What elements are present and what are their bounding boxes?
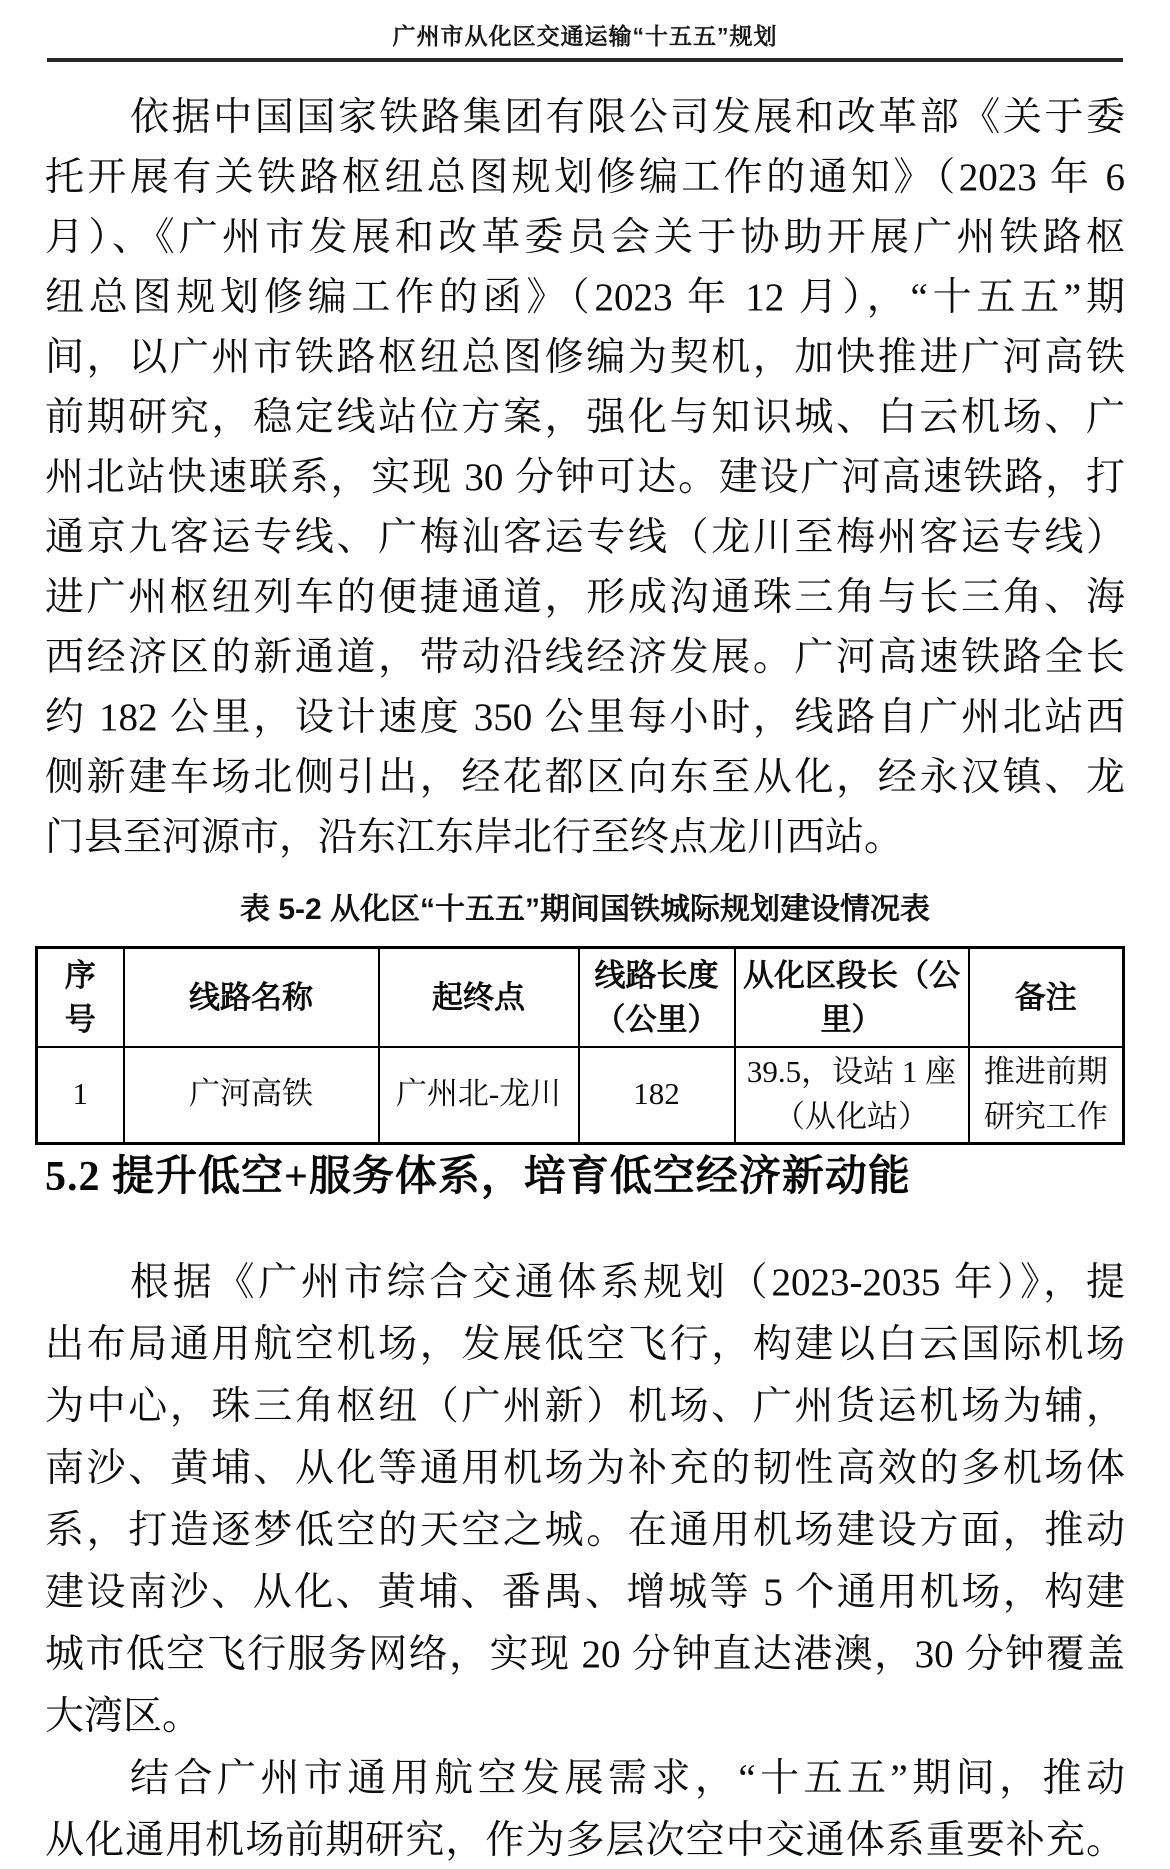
table-row: 1 广河高铁 广州北-龙川 182 39.5，设站 1 座（从化站） 推进前期研… bbox=[37, 1047, 1124, 1143]
col-header-remarks: 备注 bbox=[969, 948, 1124, 1048]
text-line: 南沙、黄埔、从化等通用机场为补充的韧性高效的多机场体 bbox=[45, 1438, 1125, 1500]
text-line: 依据中国国家铁路集团有限公司发展和改革部《关于委 bbox=[45, 88, 1125, 148]
text-line: 城市低空飞行服务网络，实现 20 分钟直达港澳，30 分钟覆盖 bbox=[45, 1624, 1125, 1686]
cell-conghua-section-length: 39.5，设站 1 座（从化站） bbox=[735, 1047, 969, 1143]
text-line: 约 182 公里，设计速度 350 公里每小时，线路自广州北站西 bbox=[45, 688, 1125, 748]
text-line: 大湾区。 bbox=[45, 1686, 1125, 1748]
table-header-row: 序号 线路名称 起终点 线路长度（公里） 从化区段长（公里） 备注 bbox=[37, 948, 1124, 1048]
document-header-title: 广州市从化区交通运输“十五五”规划 bbox=[0, 18, 1170, 51]
text-line: 结合广州市通用航空发展需求，“十五五”期间，推动 bbox=[45, 1748, 1125, 1810]
text-line: 通京九客运专线、广梅汕客运专线（龙川至梅州客运专线） bbox=[45, 508, 1125, 568]
cell-endpoints: 广州北-龙川 bbox=[379, 1047, 579, 1143]
document-page: 广州市从化区交通运输“十五五”规划 依据中国国家铁路集团有限公司发展和改革部《关… bbox=[0, 0, 1170, 1869]
text-line: 为中心，珠三角枢纽（广州新）机场、广州货运机场为辅， bbox=[45, 1376, 1125, 1438]
section-heading-5-2: 5.2 提升低空+服务体系，培育低空经济新动能 bbox=[45, 1150, 1145, 1205]
paragraph-railway-plan: 依据中国国家铁路集团有限公司发展和改革部《关于委 托开展有关铁路枢纽总图规划修编… bbox=[45, 88, 1125, 868]
text-line: 前期研究，稳定线站位方案，强化与知识城、白云机场、广 bbox=[45, 388, 1125, 448]
text-line: 州北站快速联系，实现 30 分钟可达。建设广河高速铁路，打 bbox=[45, 448, 1125, 508]
text-line: 纽总图规划修编工作的函》（2023 年 12 月），“十五五”期 bbox=[45, 268, 1125, 328]
text-line: 进广州枢纽列车的便捷通道，形成沟通珠三角与长三角、海 bbox=[45, 568, 1125, 628]
text-line: 西经济区的新通道，带动沿线经济发展。广河高速铁路全长 bbox=[45, 628, 1125, 688]
text-line: 建设南沙、从化、黄埔、番禺、增城等 5 个通用机场，构建 bbox=[45, 1562, 1125, 1624]
cell-line-length: 182 bbox=[579, 1047, 735, 1143]
cell-seq: 1 bbox=[37, 1047, 124, 1143]
text-line: 系，打造逐梦低空的天空之城。在通用机场建设方面，推动 bbox=[45, 1500, 1125, 1562]
col-header-line-length: 线路长度（公里） bbox=[579, 948, 735, 1048]
text-line: 根据《广州市综合交通体系规划（2023-2035 年）》，提 bbox=[45, 1252, 1125, 1314]
table-caption: 表 5-2 从化区“十五五”期间国铁城际规划建设情况表 bbox=[0, 884, 1170, 928]
col-header-seq: 序号 bbox=[37, 948, 124, 1048]
text-line: 托开展有关铁路枢纽总图规划修编工作的通知》（2023 年 6 bbox=[45, 148, 1125, 208]
col-header-line-name: 线路名称 bbox=[124, 948, 379, 1048]
header-rule bbox=[47, 58, 1123, 62]
col-header-endpoints: 起终点 bbox=[379, 948, 579, 1048]
text-line: 从化通用机场前期研究，作为多层次空中交通体系重要补充。 bbox=[45, 1810, 1125, 1869]
text-line: 月）、《广州市发展和改革委员会关于协助开展广州铁路枢 bbox=[45, 208, 1125, 268]
text-line: 侧新建车场北侧引出，经花都区向东至从化，经永汉镇、龙 bbox=[45, 748, 1125, 808]
paragraph-low-altitude: 根据《广州市综合交通体系规划（2023-2035 年）》，提 出布局通用航空机场… bbox=[45, 1252, 1125, 1869]
text-line: 门县至河源市，沿东江东岸北行至终点龙川西站。 bbox=[45, 808, 1125, 868]
cell-line-name: 广河高铁 bbox=[124, 1047, 379, 1143]
cell-remarks: 推进前期研究工作 bbox=[969, 1047, 1124, 1143]
col-header-conghua-section-length: 从化区段长（公里） bbox=[735, 948, 969, 1048]
text-line: 间，以广州市铁路枢纽总图修编为契机，加快推进广河高铁 bbox=[45, 328, 1125, 388]
text-line: 出布局通用航空机场，发展低空飞行，构建以白云国际机场 bbox=[45, 1314, 1125, 1376]
rail-intercity-plan-table: 序号 线路名称 起终点 线路长度（公里） 从化区段长（公里） 备注 1 广河高铁… bbox=[35, 946, 1125, 1145]
